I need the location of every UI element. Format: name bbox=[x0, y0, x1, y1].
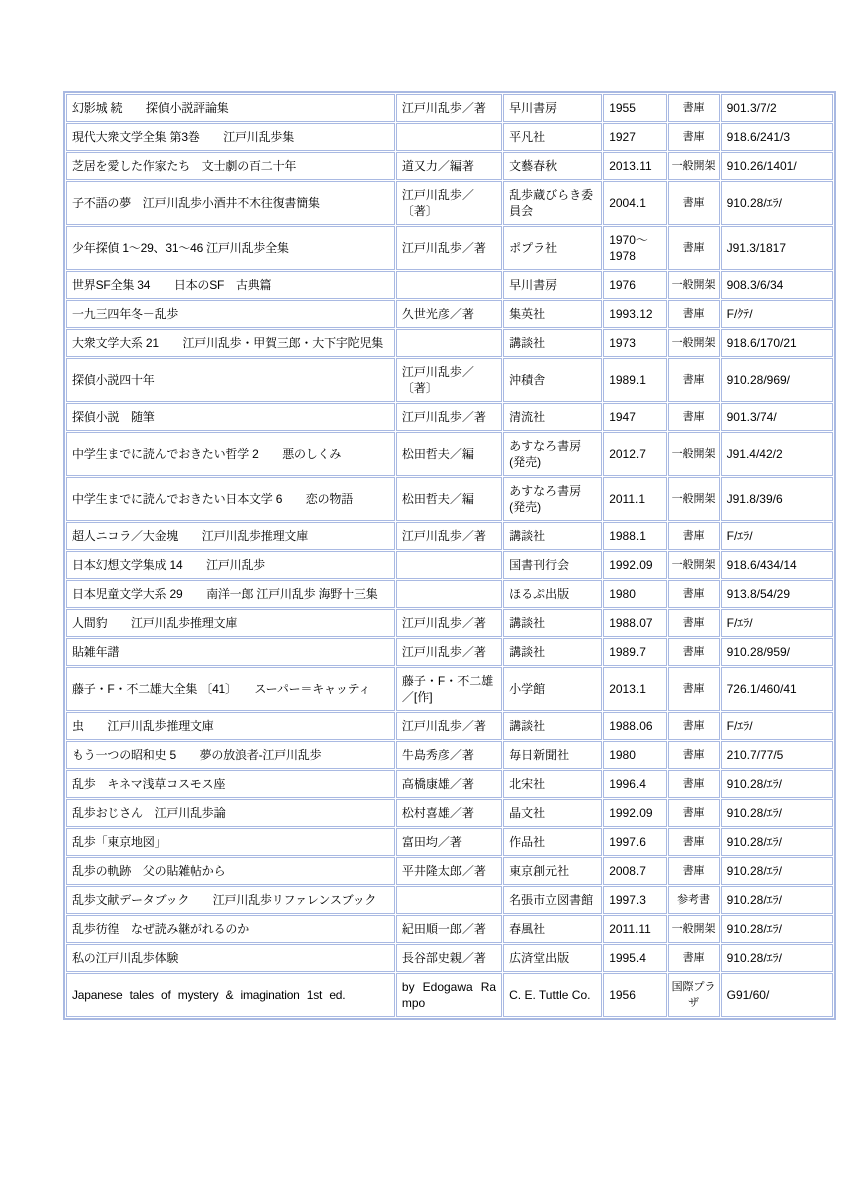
cell-call-number: 726.1/460/41 bbox=[721, 667, 833, 711]
table-row: 現代大衆文学全集 第3巻 江戸川乱歩集 平凡社 1927 書庫 918.6/24… bbox=[66, 123, 833, 151]
cell-call-number: F/ｴﾗ/ bbox=[721, 712, 833, 740]
cell-call-number: 918.6/170/21 bbox=[721, 329, 833, 357]
cell-title: 大衆文学大系 21 江戸川乱歩・甲賀三郎・大下宇陀児集 bbox=[66, 329, 395, 357]
cell-title: 日本児童文学大系 29 南洋一郎 江戸川乱歩 海野十三集 bbox=[66, 580, 395, 608]
cell-author: 富田均／著 bbox=[396, 828, 502, 856]
cell-publisher: あすなろ書房(発売) bbox=[503, 432, 602, 476]
cell-location: 書庫 bbox=[668, 828, 720, 856]
cell-publisher: 晶文社 bbox=[503, 799, 602, 827]
cell-location: 一般開架 bbox=[668, 915, 720, 943]
table-row: 少年探偵 1〜29、31〜46 江戸川乱歩全集 江戸川乱歩／著 ポプラ社 197… bbox=[66, 226, 833, 270]
cell-call-number: 908.3/6/34 bbox=[721, 271, 833, 299]
cell-location: 書庫 bbox=[668, 712, 720, 740]
cell-author: 江戸川乱歩／著 bbox=[396, 403, 502, 431]
cell-title: 子不語の夢 江戸川乱歩小酒井不木往復書簡集 bbox=[66, 181, 395, 225]
cell-author bbox=[396, 123, 502, 151]
cell-title: 芝居を愛した作家たち 文士劇の百二十年 bbox=[66, 152, 395, 180]
cell-location: 書庫 bbox=[668, 799, 720, 827]
cell-author: 牛島秀彦／著 bbox=[396, 741, 502, 769]
cell-call-number: 918.6/241/3 bbox=[721, 123, 833, 151]
cell-publisher: 作品社 bbox=[503, 828, 602, 856]
cell-author: 江戸川乱歩／著 bbox=[396, 712, 502, 740]
table-row: 虫 江戸川乱歩推理文庫 江戸川乱歩／著 講談社 1988.06 書庫 F/ｴﾗ/ bbox=[66, 712, 833, 740]
cell-call-number: 210.7/77/5 bbox=[721, 741, 833, 769]
cell-author: 江戸川乱歩／著 bbox=[396, 522, 502, 550]
cell-location: 書庫 bbox=[668, 358, 720, 402]
cell-publisher: 平凡社 bbox=[503, 123, 602, 151]
cell-title: 乱歩文献データブック 江戸川乱歩リファレンスブック bbox=[66, 886, 395, 914]
cell-location: 書庫 bbox=[668, 667, 720, 711]
cell-author: 藤子・F・不二雄／[作] bbox=[396, 667, 502, 711]
cell-call-number: G91/60/ bbox=[721, 973, 833, 1017]
table-row: 中学生までに読んでおきたい日本文学 6 恋の物語 松田哲夫／編 あすなろ書房(発… bbox=[66, 477, 833, 521]
cell-publisher: 早川書房 bbox=[503, 94, 602, 122]
cell-publisher: 早川書房 bbox=[503, 271, 602, 299]
cell-title: 幻影城 続 探偵小説評論集 bbox=[66, 94, 395, 122]
cell-location: 書庫 bbox=[668, 403, 720, 431]
cell-year: 1988.06 bbox=[603, 712, 666, 740]
book-table-body: 幻影城 続 探偵小説評論集 江戸川乱歩／著 早川書房 1955 書庫 901.3… bbox=[66, 94, 833, 1017]
cell-author bbox=[396, 551, 502, 579]
cell-title: 乱歩おじさん 江戸川乱歩論 bbox=[66, 799, 395, 827]
cell-publisher: ほるぷ出版 bbox=[503, 580, 602, 608]
cell-title: 乱歩「東京地図」 bbox=[66, 828, 395, 856]
cell-call-number: 910.28/ｴﾗ/ bbox=[721, 799, 833, 827]
cell-author: 長谷部史親／著 bbox=[396, 944, 502, 972]
cell-author: 江戸川乱歩／著 bbox=[396, 94, 502, 122]
page: 幻影城 続 探偵小説評論集 江戸川乱歩／著 早川書房 1955 書庫 901.3… bbox=[0, 0, 849, 1200]
cell-title: 人間豹 江戸川乱歩推理文庫 bbox=[66, 609, 395, 637]
cell-year: 1993.12 bbox=[603, 300, 666, 328]
table-row: 人間豹 江戸川乱歩推理文庫 江戸川乱歩／著 講談社 1988.07 書庫 F/ｴ… bbox=[66, 609, 833, 637]
cell-year: 1988.07 bbox=[603, 609, 666, 637]
cell-call-number: 910.28/ｴﾗ/ bbox=[721, 886, 833, 914]
cell-title: 少年探偵 1〜29、31〜46 江戸川乱歩全集 bbox=[66, 226, 395, 270]
cell-publisher: 清流社 bbox=[503, 403, 602, 431]
table-row: 超人ニコラ／大金塊 江戸川乱歩推理文庫 江戸川乱歩／著 講談社 1988.1 書… bbox=[66, 522, 833, 550]
cell-call-number: F/ｴﾗ/ bbox=[721, 522, 833, 550]
cell-title: 貼雑年譜 bbox=[66, 638, 395, 666]
table-row: 乱歩文献データブック 江戸川乱歩リファレンスブック 名張市立図書館 1997.3… bbox=[66, 886, 833, 914]
cell-author: 久世光彦／著 bbox=[396, 300, 502, 328]
cell-location: 書庫 bbox=[668, 300, 720, 328]
table-row: 中学生までに読んでおきたい哲学 2 悪のしくみ 松田哲夫／編 あすなろ書房(発売… bbox=[66, 432, 833, 476]
cell-title: 乱歩 キネマ浅草コスモス座 bbox=[66, 770, 395, 798]
cell-year: 1988.1 bbox=[603, 522, 666, 550]
cell-title: もう一つの昭和史 5 夢の放浪者-江戸川乱歩 bbox=[66, 741, 395, 769]
cell-publisher: 講談社 bbox=[503, 522, 602, 550]
cell-publisher: 東京創元社 bbox=[503, 857, 602, 885]
cell-year: 1980 bbox=[603, 580, 666, 608]
cell-location: 書庫 bbox=[668, 609, 720, 637]
cell-title: 日本幻想文学集成 14 江戸川乱歩 bbox=[66, 551, 395, 579]
cell-publisher: あすなろ書房(発売) bbox=[503, 477, 602, 521]
table-row: もう一つの昭和史 5 夢の放浪者-江戸川乱歩 牛島秀彦／著 毎日新聞社 1980… bbox=[66, 741, 833, 769]
cell-call-number: 913.8/54/29 bbox=[721, 580, 833, 608]
cell-publisher: 講談社 bbox=[503, 712, 602, 740]
cell-publisher: 講談社 bbox=[503, 609, 602, 637]
cell-year: 1989.7 bbox=[603, 638, 666, 666]
cell-call-number: 910.28/ｴﾗ/ bbox=[721, 857, 833, 885]
cell-author: 松田哲夫／編 bbox=[396, 477, 502, 521]
cell-title: 探偵小説四十年 bbox=[66, 358, 395, 402]
cell-call-number: 910.28/969/ bbox=[721, 358, 833, 402]
cell-location: 書庫 bbox=[668, 522, 720, 550]
table-row: 乱歩彷徨 なぜ読み継がれるのか 紀田順一郎／著 春風社 2011.11 一般開架… bbox=[66, 915, 833, 943]
cell-author: 平井隆太郎／著 bbox=[396, 857, 502, 885]
table-row: 大衆文学大系 21 江戸川乱歩・甲賀三郎・大下宇陀児集 講談社 1973 一般開… bbox=[66, 329, 833, 357]
table-row: 藤子・F・不二雄大全集 〔41〕 スーパー＝キャッティ 藤子・F・不二雄／[作]… bbox=[66, 667, 833, 711]
cell-title: 世界SF全集 34 日本のSF 古典篇 bbox=[66, 271, 395, 299]
cell-location: 書庫 bbox=[668, 770, 720, 798]
cell-location: 書庫 bbox=[668, 226, 720, 270]
cell-year: 2013.11 bbox=[603, 152, 666, 180]
cell-year: 2011.11 bbox=[603, 915, 666, 943]
cell-publisher: 講談社 bbox=[503, 329, 602, 357]
cell-call-number: 910.28/ｴﾗ/ bbox=[721, 770, 833, 798]
cell-location: 一般開架 bbox=[668, 432, 720, 476]
cell-title: 探偵小説 随筆 bbox=[66, 403, 395, 431]
cell-author bbox=[396, 886, 502, 914]
cell-publisher: 毎日新聞社 bbox=[503, 741, 602, 769]
cell-year: 1989.1 bbox=[603, 358, 666, 402]
cell-call-number: 910.28/ｴﾗ/ bbox=[721, 944, 833, 972]
table-row: 貼雑年譜 江戸川乱歩／著 講談社 1989.7 書庫 910.28/959/ bbox=[66, 638, 833, 666]
cell-publisher: 沖積舎 bbox=[503, 358, 602, 402]
cell-publisher: 小学館 bbox=[503, 667, 602, 711]
cell-year: 1947 bbox=[603, 403, 666, 431]
cell-publisher: 名張市立図書館 bbox=[503, 886, 602, 914]
cell-year: 2011.1 bbox=[603, 477, 666, 521]
table-row: 乱歩おじさん 江戸川乱歩論 松村喜雄／著 晶文社 1992.09 書庫 910.… bbox=[66, 799, 833, 827]
cell-year: 1992.09 bbox=[603, 799, 666, 827]
cell-year: 2008.7 bbox=[603, 857, 666, 885]
cell-author: 紀田順一郎／著 bbox=[396, 915, 502, 943]
cell-year: 1980 bbox=[603, 741, 666, 769]
cell-publisher: 国書刊行会 bbox=[503, 551, 602, 579]
cell-author: 高橋康雄／著 bbox=[396, 770, 502, 798]
cell-call-number: 910.26/1401/ bbox=[721, 152, 833, 180]
cell-publisher: 集英社 bbox=[503, 300, 602, 328]
cell-year: 2012.7 bbox=[603, 432, 666, 476]
cell-year: 1976 bbox=[603, 271, 666, 299]
cell-location: 書庫 bbox=[668, 580, 720, 608]
cell-title: 中学生までに読んでおきたい日本文学 6 恋の物語 bbox=[66, 477, 395, 521]
cell-author: 江戸川乱歩／〔著〕 bbox=[396, 181, 502, 225]
cell-title: Japanese tales of mystery & imagination … bbox=[66, 973, 395, 1017]
cell-call-number: 910.28/ｴﾗ/ bbox=[721, 828, 833, 856]
table-row: 乱歩「東京地図」 富田均／著 作品社 1997.6 書庫 910.28/ｴﾗ/ bbox=[66, 828, 833, 856]
cell-author bbox=[396, 329, 502, 357]
table-row: 一九三四年冬－乱歩 久世光彦／著 集英社 1993.12 書庫 F/ｸﾃ/ bbox=[66, 300, 833, 328]
cell-year: 1973 bbox=[603, 329, 666, 357]
cell-location: 書庫 bbox=[668, 638, 720, 666]
table-row: 探偵小説 随筆 江戸川乱歩／著 清流社 1947 書庫 901.3/74/ bbox=[66, 403, 833, 431]
cell-call-number: 910.28/ｴﾗ/ bbox=[721, 915, 833, 943]
cell-year: 1997.3 bbox=[603, 886, 666, 914]
cell-location: 書庫 bbox=[668, 944, 720, 972]
cell-publisher: C. E. Tuttle Co. bbox=[503, 973, 602, 1017]
cell-title: 現代大衆文学全集 第3巻 江戸川乱歩集 bbox=[66, 123, 395, 151]
cell-location: 一般開架 bbox=[668, 477, 720, 521]
cell-title: 一九三四年冬－乱歩 bbox=[66, 300, 395, 328]
cell-author: 江戸川乱歩／著 bbox=[396, 609, 502, 637]
cell-year: 1927 bbox=[603, 123, 666, 151]
cell-call-number: 918.6/434/14 bbox=[721, 551, 833, 579]
table-row: Japanese tales of mystery & imagination … bbox=[66, 973, 833, 1017]
table-row: 日本幻想文学集成 14 江戸川乱歩 国書刊行会 1992.09 一般開架 918… bbox=[66, 551, 833, 579]
cell-location: 書庫 bbox=[668, 741, 720, 769]
cell-publisher: 北宋社 bbox=[503, 770, 602, 798]
cell-location: 国際プラザ bbox=[668, 973, 720, 1017]
cell-year: 1955 bbox=[603, 94, 666, 122]
cell-title: 中学生までに読んでおきたい哲学 2 悪のしくみ bbox=[66, 432, 395, 476]
table-row: 子不語の夢 江戸川乱歩小酒井不木往復書簡集 江戸川乱歩／〔著〕 乱歩蔵びらき委員… bbox=[66, 181, 833, 225]
cell-year: 1992.09 bbox=[603, 551, 666, 579]
cell-author: 道又力／編著 bbox=[396, 152, 502, 180]
cell-location: 書庫 bbox=[668, 123, 720, 151]
cell-year: 2013.1 bbox=[603, 667, 666, 711]
cell-publisher: 乱歩蔵びらき委員会 bbox=[503, 181, 602, 225]
table-row: 日本児童文学大系 29 南洋一郎 江戸川乱歩 海野十三集 ほるぷ出版 1980 … bbox=[66, 580, 833, 608]
cell-location: 一般開架 bbox=[668, 152, 720, 180]
cell-author: 江戸川乱歩／著 bbox=[396, 226, 502, 270]
cell-author: 江戸川乱歩／〔著〕 bbox=[396, 358, 502, 402]
cell-location: 書庫 bbox=[668, 94, 720, 122]
cell-location: 参考書 bbox=[668, 886, 720, 914]
cell-author bbox=[396, 271, 502, 299]
cell-title: 乱歩彷徨 なぜ読み継がれるのか bbox=[66, 915, 395, 943]
cell-year: 1970〜 1978 bbox=[603, 226, 666, 270]
cell-location: 一般開架 bbox=[668, 271, 720, 299]
cell-title: 虫 江戸川乱歩推理文庫 bbox=[66, 712, 395, 740]
cell-publisher: 文藝春秋 bbox=[503, 152, 602, 180]
cell-publisher: 講談社 bbox=[503, 638, 602, 666]
cell-author: by Edogawa Rampo bbox=[396, 973, 502, 1017]
table-row: 乱歩 キネマ浅草コスモス座 高橋康雄／著 北宋社 1996.4 書庫 910.2… bbox=[66, 770, 833, 798]
cell-location: 書庫 bbox=[668, 181, 720, 225]
cell-publisher: ポプラ社 bbox=[503, 226, 602, 270]
cell-location: 書庫 bbox=[668, 857, 720, 885]
cell-call-number: 910.28/ｴﾗ/ bbox=[721, 181, 833, 225]
cell-call-number: J91.4/42/2 bbox=[721, 432, 833, 476]
cell-year: 2004.1 bbox=[603, 181, 666, 225]
cell-author bbox=[396, 580, 502, 608]
cell-year: 1996.4 bbox=[603, 770, 666, 798]
book-list-table: 幻影城 続 探偵小説評論集 江戸川乱歩／著 早川書房 1955 書庫 901.3… bbox=[63, 91, 836, 1020]
cell-author: 松田哲夫／編 bbox=[396, 432, 502, 476]
cell-call-number: J91.8/39/6 bbox=[721, 477, 833, 521]
cell-title: 乱歩の軌跡 父の貼雑帖から bbox=[66, 857, 395, 885]
cell-author: 松村喜雄／著 bbox=[396, 799, 502, 827]
cell-call-number: F/ｸﾃ/ bbox=[721, 300, 833, 328]
cell-call-number: F/ｴﾗ/ bbox=[721, 609, 833, 637]
table-row: 私の江戸川乱歩体験 長谷部史親／著 広済堂出版 1995.4 書庫 910.28… bbox=[66, 944, 833, 972]
cell-year: 1997.6 bbox=[603, 828, 666, 856]
cell-author: 江戸川乱歩／著 bbox=[396, 638, 502, 666]
cell-year: 1956 bbox=[603, 973, 666, 1017]
cell-location: 一般開架 bbox=[668, 329, 720, 357]
cell-publisher: 広済堂出版 bbox=[503, 944, 602, 972]
cell-call-number: 910.28/959/ bbox=[721, 638, 833, 666]
cell-title: 超人ニコラ／大金塊 江戸川乱歩推理文庫 bbox=[66, 522, 395, 550]
table-row: 芝居を愛した作家たち 文士劇の百二十年 道又力／編著 文藝春秋 2013.11 … bbox=[66, 152, 833, 180]
cell-title: 藤子・F・不二雄大全集 〔41〕 スーパー＝キャッティ bbox=[66, 667, 395, 711]
table-row: 探偵小説四十年 江戸川乱歩／〔著〕 沖積舎 1989.1 書庫 910.28/9… bbox=[66, 358, 833, 402]
table-row: 世界SF全集 34 日本のSF 古典篇 早川書房 1976 一般開架 908.3… bbox=[66, 271, 833, 299]
cell-title: 私の江戸川乱歩体験 bbox=[66, 944, 395, 972]
cell-call-number: 901.3/74/ bbox=[721, 403, 833, 431]
table-row: 幻影城 続 探偵小説評論集 江戸川乱歩／著 早川書房 1955 書庫 901.3… bbox=[66, 94, 833, 122]
table-row: 乱歩の軌跡 父の貼雑帖から 平井隆太郎／著 東京創元社 2008.7 書庫 91… bbox=[66, 857, 833, 885]
cell-call-number: J91.3/1817 bbox=[721, 226, 833, 270]
cell-call-number: 901.3/7/2 bbox=[721, 94, 833, 122]
cell-year: 1995.4 bbox=[603, 944, 666, 972]
cell-publisher: 春風社 bbox=[503, 915, 602, 943]
cell-location: 一般開架 bbox=[668, 551, 720, 579]
